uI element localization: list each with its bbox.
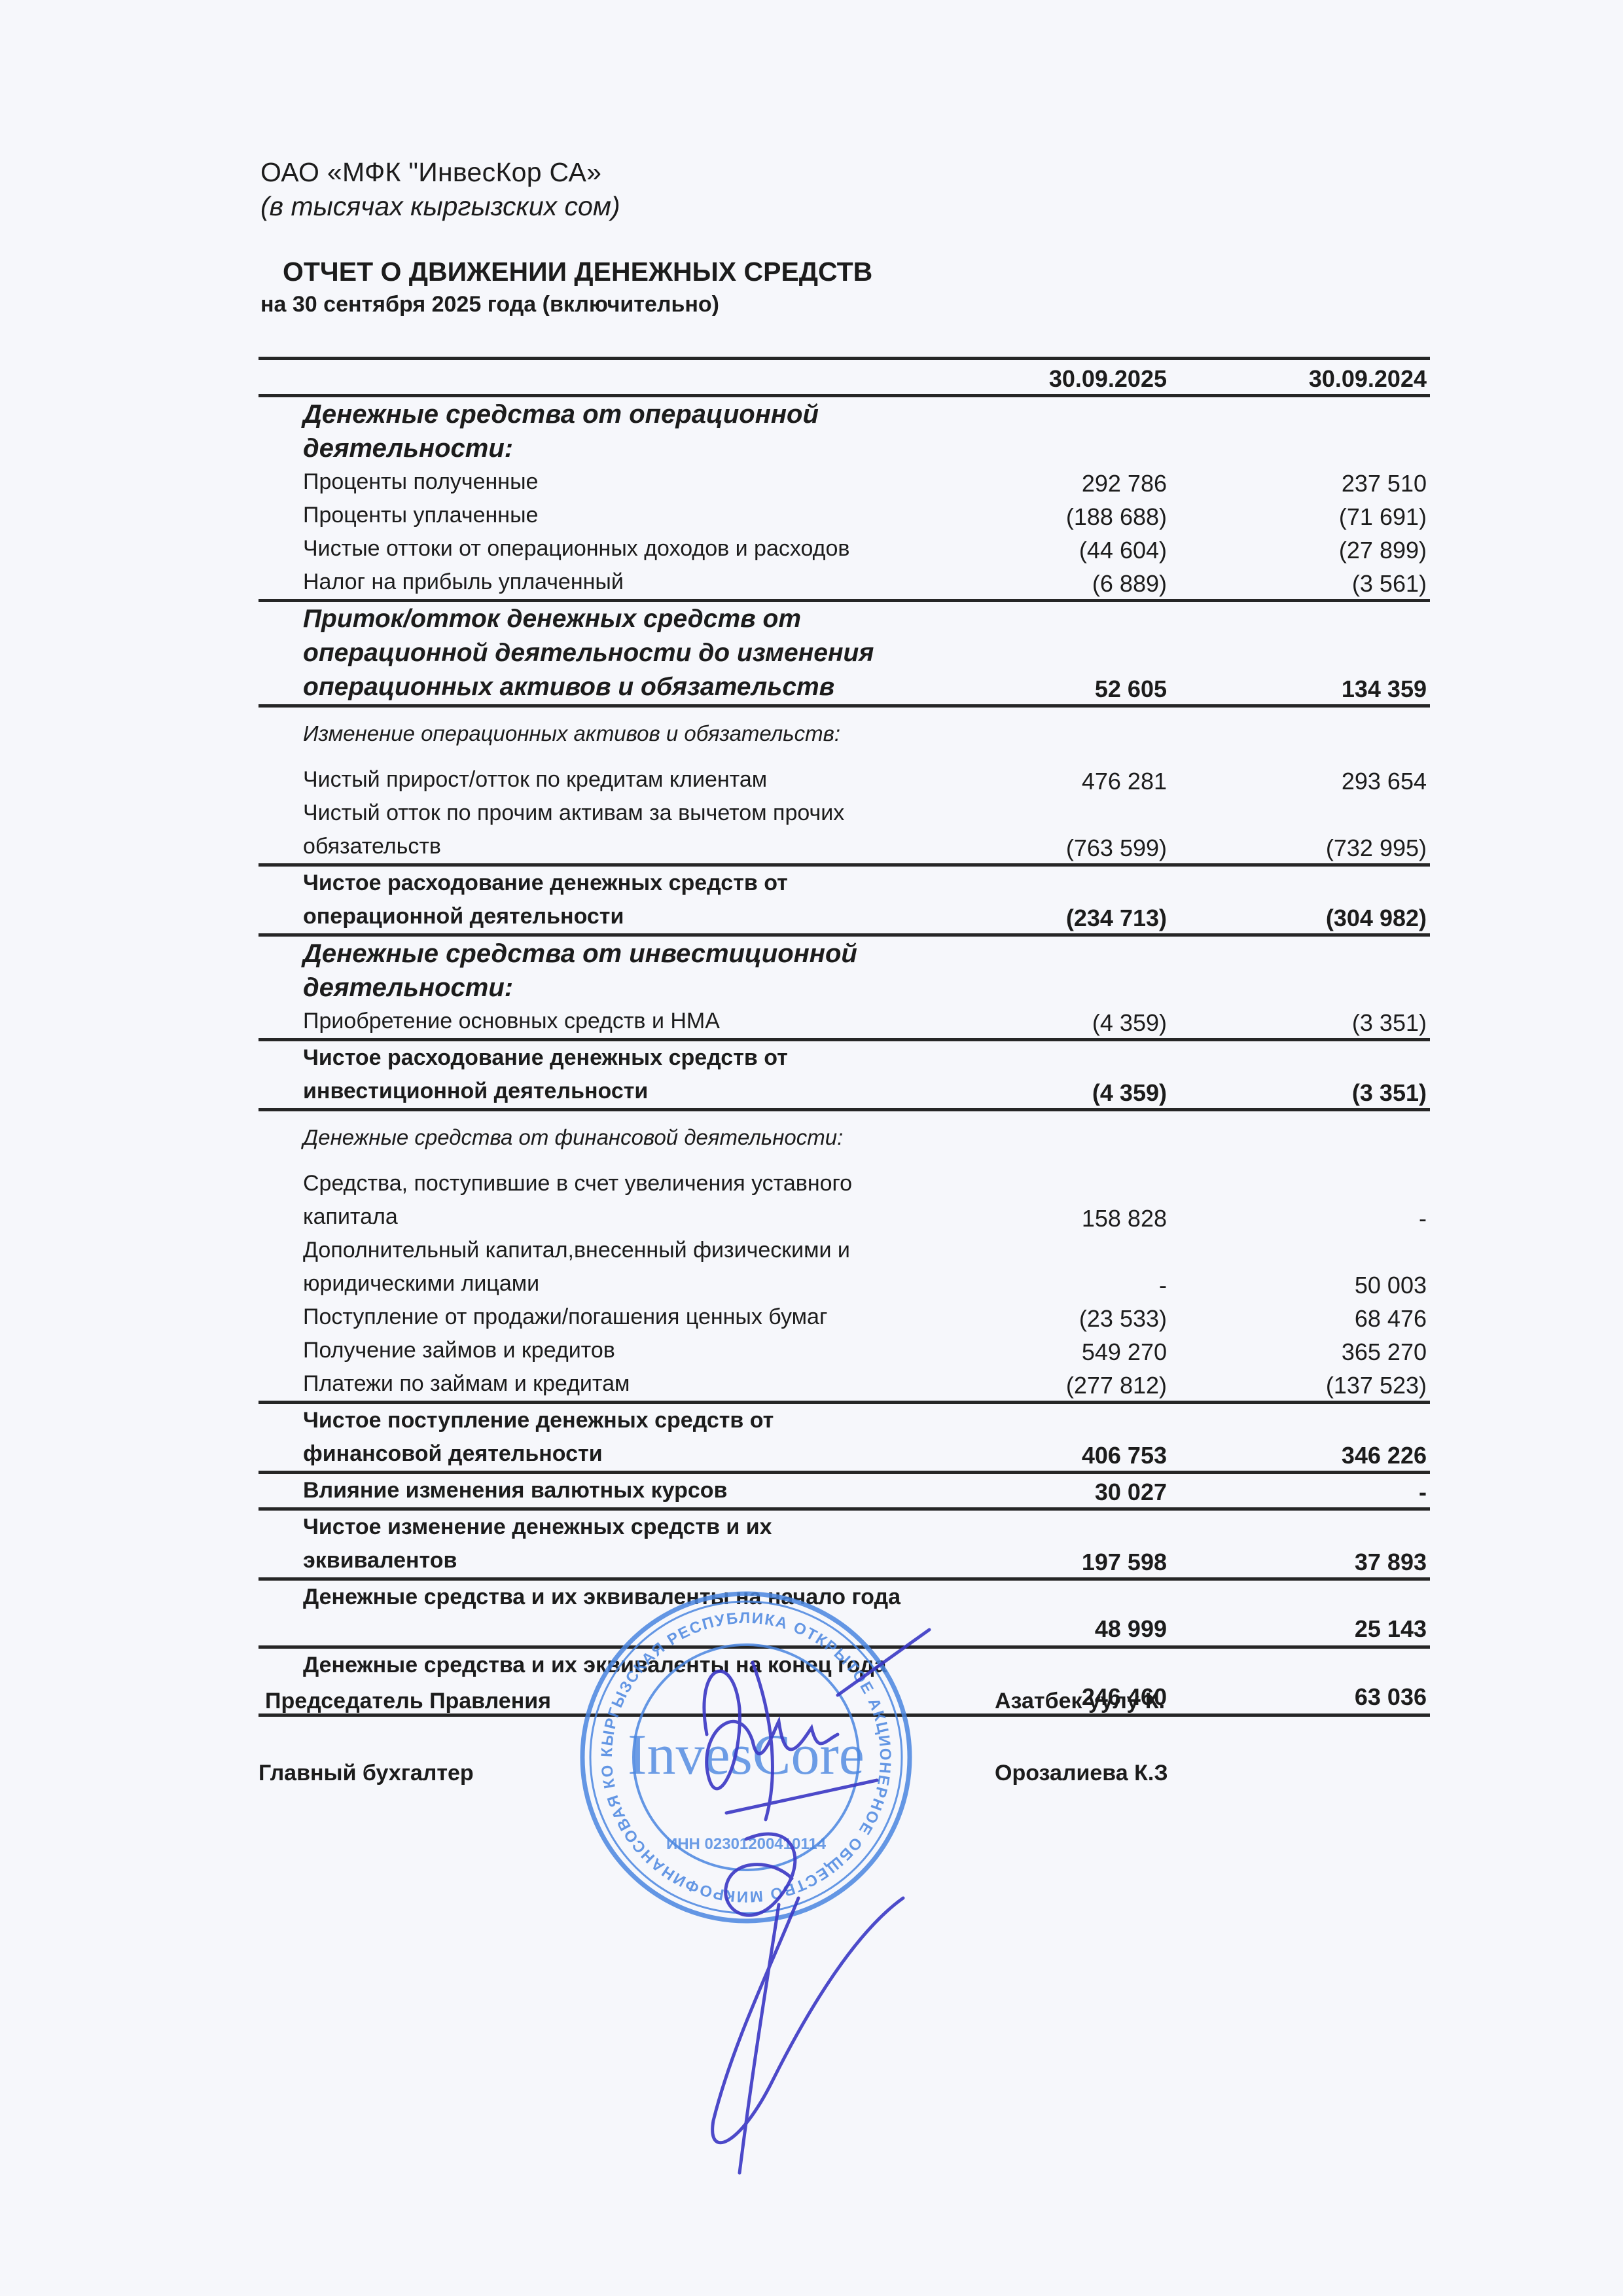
value-2025: (4 359) xyxy=(1092,1079,1167,1107)
value-2024: 37 893 xyxy=(1355,1549,1427,1576)
row-label: Проценты уплаченные xyxy=(303,499,912,532)
value-2024: (137 523) xyxy=(1326,1372,1427,1399)
table-row: Чистое поступление денежных средств от ф… xyxy=(259,1404,1430,1471)
value-2024: 25 143 xyxy=(1355,1615,1427,1643)
value-2025: 549 270 xyxy=(1082,1338,1167,1366)
signature-role: Председатель Правления xyxy=(265,1689,551,1714)
value-2025: 48 999 xyxy=(1095,1615,1167,1643)
value-2024: 293 654 xyxy=(1342,768,1427,795)
value-2025: 52 605 xyxy=(1095,675,1167,703)
table-row: Платежи по займам и кредитам(277 812)(13… xyxy=(259,1367,1430,1401)
value-2025: (23 533) xyxy=(1079,1305,1167,1333)
section-heading-row: Денежные средства от финансовой деятельн… xyxy=(259,1111,1430,1167)
section-heading-row: Денежные средства от операционной деятел… xyxy=(259,397,1430,465)
table-row: Приобретение основных средств и НМА(4 35… xyxy=(259,1005,1430,1038)
statement-date: на 30 сентября 2025 года (включительно) xyxy=(260,292,719,317)
row-label: Чистый прирост/отток по кредитам клиента… xyxy=(303,763,912,797)
row-label: Чистый отток по прочим активам за вычето… xyxy=(303,797,912,863)
company-name: ОАО «МФК "ИнвесКор СА» xyxy=(260,157,601,188)
value-2024: (732 995) xyxy=(1326,834,1427,862)
table-row: Чистые оттоки от операционных доходов и … xyxy=(259,532,1430,565)
value-2024: 365 270 xyxy=(1342,1338,1427,1366)
table-row: Чистое изменение денежных средств и их э… xyxy=(259,1511,1430,1577)
value-2025: - xyxy=(1159,1272,1167,1299)
value-2025: 292 786 xyxy=(1082,470,1167,497)
table-row: Дополнительный капитал,внесенный физичес… xyxy=(259,1234,1430,1300)
section-heading-row: Изменение операционных активов и обязате… xyxy=(259,708,1430,763)
table-row: Чистое расходование денежных средств от … xyxy=(259,867,1430,933)
value-2024: (3 351) xyxy=(1352,1079,1427,1107)
table-row: Поступление от продажи/погашения ценных … xyxy=(259,1300,1430,1334)
row-label: Денежные средства от операционной деятел… xyxy=(303,397,912,465)
value-2024: 134 359 xyxy=(1342,675,1427,703)
row-label: Платежи по займам и кредитам xyxy=(303,1367,912,1401)
table-row: Проценты уплаченные(188 688)(71 691) xyxy=(259,499,1430,532)
signature-name: Орозалиева К.З xyxy=(995,1761,1168,1786)
row-label: Чистое расходование денежных средств от … xyxy=(303,867,912,933)
section-heading-row: Денежные средства от инвестиционной деят… xyxy=(259,937,1430,1005)
row-label: Влияние изменения валютных курсов xyxy=(303,1474,912,1507)
value-2025: (277 812) xyxy=(1066,1372,1167,1399)
value-2025: (234 713) xyxy=(1066,905,1167,932)
row-label: Проценты полученные xyxy=(303,465,912,499)
value-2024: (71 691) xyxy=(1339,503,1427,531)
table-row: Налог на прибыль уплаченный(6 889)(3 561… xyxy=(259,565,1430,599)
row-label: Чистое изменение денежных средств и их э… xyxy=(303,1511,912,1577)
row-label: Денежные средства от инвестиционной деят… xyxy=(303,937,912,1005)
table-body: Денежные средства от операционной деятел… xyxy=(259,397,1430,1717)
table-row: Чистое расходование денежных средств от … xyxy=(259,1041,1430,1108)
value-2024: - xyxy=(1419,1479,1427,1506)
table-header-row: 30.09.2025 30.09.2024 xyxy=(259,360,1430,394)
value-2024: (304 982) xyxy=(1326,905,1427,932)
row-label: Чистое расходование денежных средств от … xyxy=(303,1041,912,1108)
signature-name: Азатбек уулу К. xyxy=(995,1689,1165,1714)
value-2024: 68 476 xyxy=(1355,1305,1427,1333)
row-label: Приобретение основных средств и НМА xyxy=(303,1005,912,1038)
column-header-2024: 30.09.2024 xyxy=(1309,365,1427,393)
table-row: Получение займов и кредитов549 270365 27… xyxy=(259,1334,1430,1367)
value-2024: - xyxy=(1419,1205,1427,1232)
cash-flow-table: 30.09.2025 30.09.2024 Денежные средства … xyxy=(259,357,1430,1717)
row-label: Получение займов и кредитов xyxy=(303,1334,912,1367)
table-row: Чистый прирост/отток по кредитам клиента… xyxy=(259,763,1430,797)
row-label: Поступление от продажи/погашения ценных … xyxy=(303,1300,912,1334)
row-label: Дополнительный капитал,внесенный физичес… xyxy=(303,1234,912,1300)
table-row: Влияние изменения валютных курсов30 027- xyxy=(259,1474,1430,1507)
value-2025: (763 599) xyxy=(1066,834,1167,862)
row-label: Чистое поступление денежных средств от ф… xyxy=(303,1404,912,1471)
value-2024: (27 899) xyxy=(1339,537,1427,564)
row-label: Средства, поступившие в счет увеличения … xyxy=(303,1167,912,1234)
value-2025: 197 598 xyxy=(1082,1549,1167,1576)
value-2024: 237 510 xyxy=(1342,470,1427,497)
value-2025: (4 359) xyxy=(1092,1009,1167,1037)
row-label: Чистые оттоки от операционных доходов и … xyxy=(303,532,912,565)
table-row: Чистый отток по прочим активам за вычето… xyxy=(259,797,1430,863)
value-2025: (188 688) xyxy=(1066,503,1167,531)
table-row: Средства, поступившие в счет увеличения … xyxy=(259,1167,1430,1234)
value-2024: 346 226 xyxy=(1342,1442,1427,1469)
table-row: Приток/отток денежных средств от операци… xyxy=(259,602,1430,704)
value-2024: (3 561) xyxy=(1352,570,1427,598)
row-label: Изменение операционных активов и обязате… xyxy=(303,708,912,763)
value-2025: (6 889) xyxy=(1092,570,1167,598)
value-2025: 30 027 xyxy=(1095,1479,1167,1506)
signature-role: Главный бухгалтер xyxy=(259,1761,474,1786)
value-2024: 50 003 xyxy=(1355,1272,1427,1299)
handwritten-signature-icon xyxy=(641,1623,982,2186)
value-2025: 406 753 xyxy=(1082,1442,1167,1469)
value-2024: (3 351) xyxy=(1352,1009,1427,1037)
row-label: Налог на прибыль уплаченный xyxy=(303,565,912,599)
value-2025: 158 828 xyxy=(1082,1205,1167,1232)
statement-title: ОТЧЕТ О ДВИЖЕНИИ ДЕНЕЖНЫХ СРЕДСТВ xyxy=(283,257,872,287)
currency-units-note: (в тысячах кыргызских сом) xyxy=(260,191,620,222)
row-label: Приток/отток денежных средств от операци… xyxy=(303,602,912,704)
value-2025: 476 281 xyxy=(1082,768,1167,795)
column-header-2025: 30.09.2025 xyxy=(1049,365,1167,393)
value-2025: (44 604) xyxy=(1079,537,1167,564)
value-2024: 63 036 xyxy=(1355,1683,1427,1711)
table-row: Проценты полученные292 786237 510 xyxy=(259,465,1430,499)
row-label: Денежные средства от финансовой деятельн… xyxy=(303,1111,912,1167)
